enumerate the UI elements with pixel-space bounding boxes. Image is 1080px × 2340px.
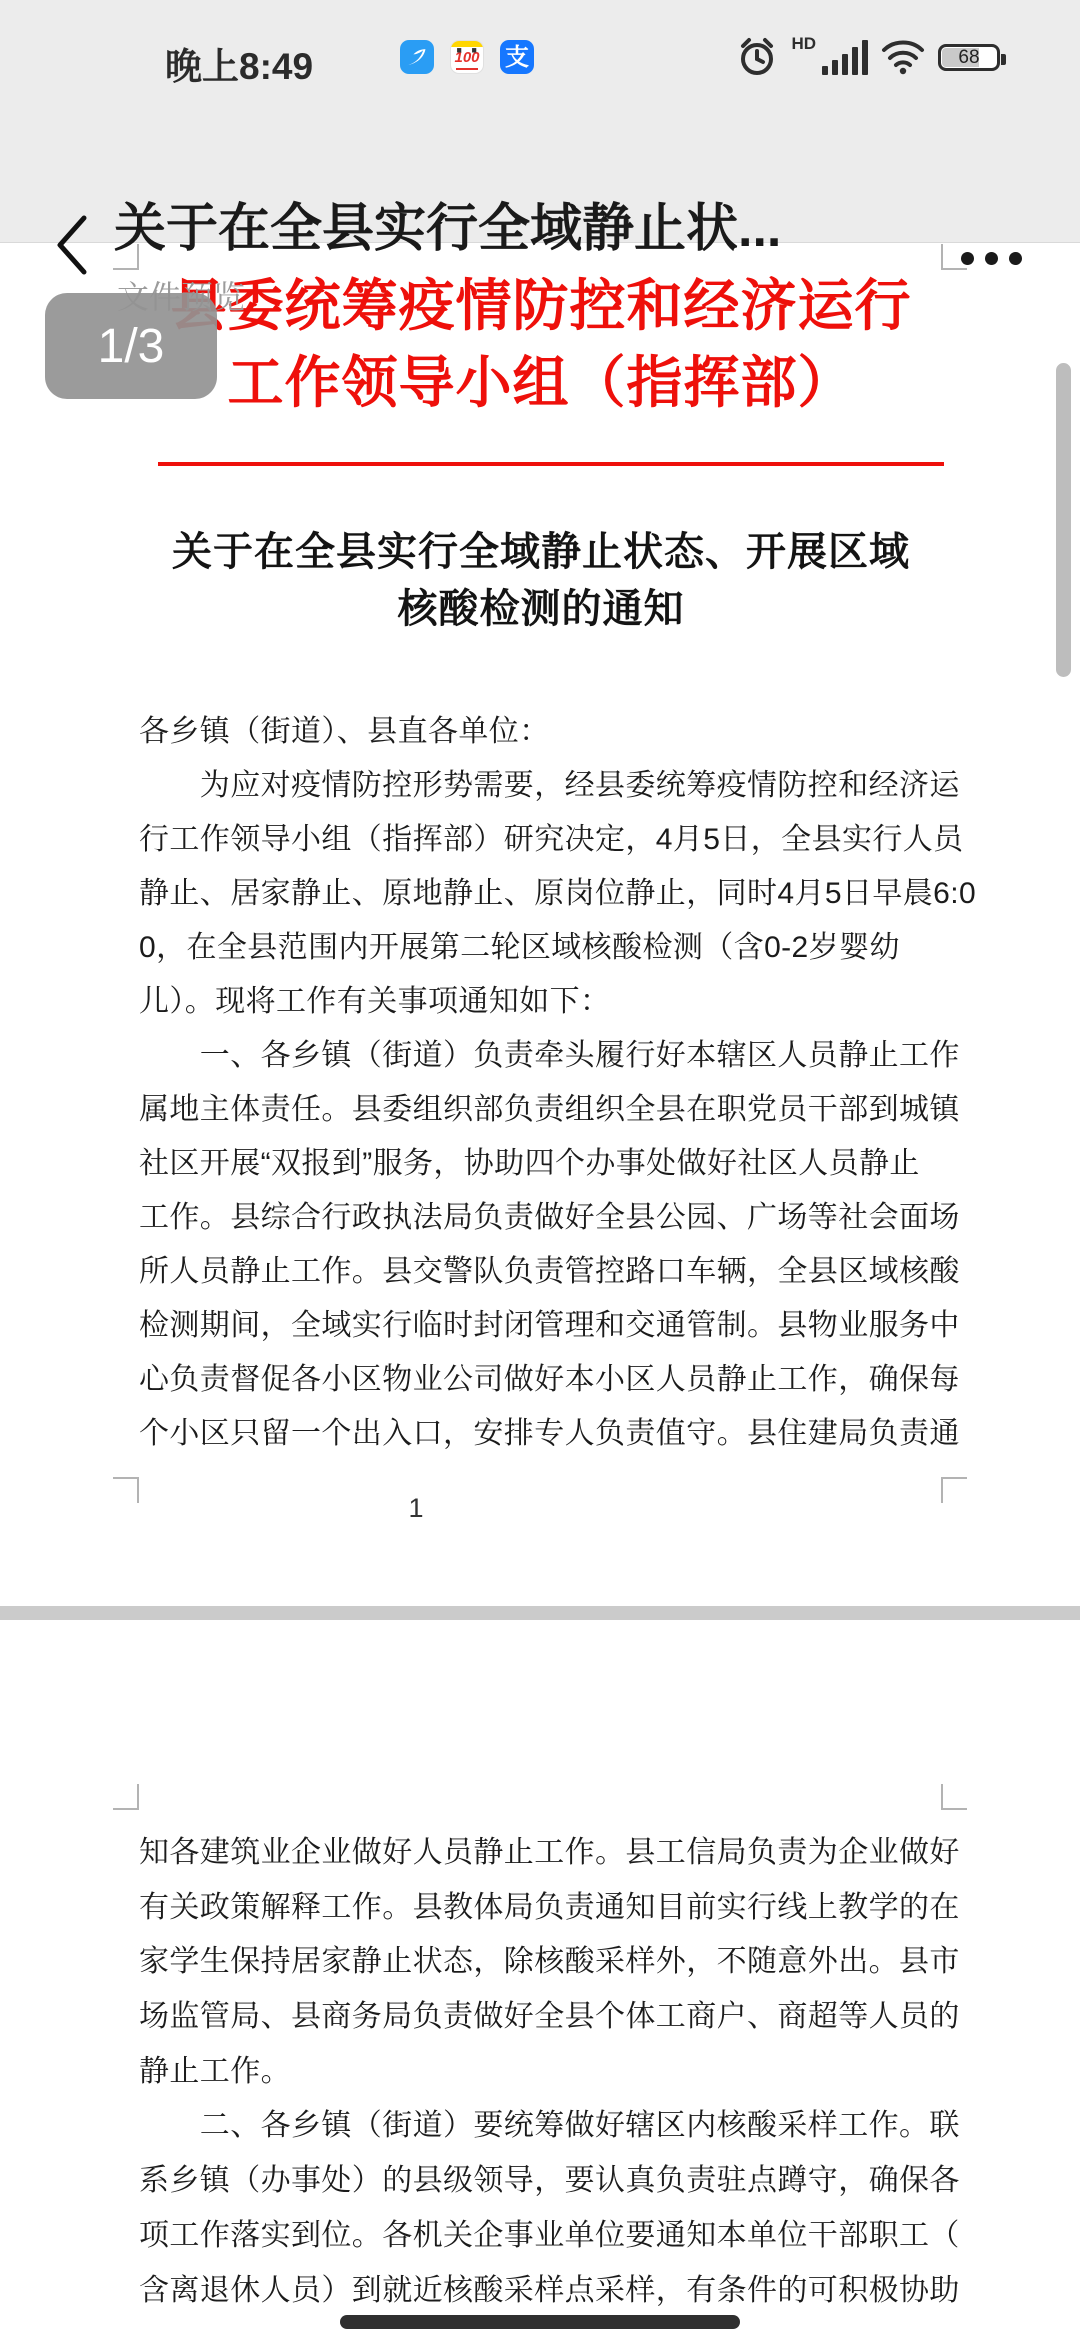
page1-number: 1 (398, 1493, 434, 1524)
home-gesture-bar[interactable] (340, 2315, 740, 2329)
doc-text-line: 为应对疫情防控形势需要，经县委统筹疫情防控和经济运 (139, 759, 949, 813)
doc-text-line: 静止、居家静止、原地静止、原岗位静止，同时4月5日早晨6:0 (139, 867, 949, 921)
battery-percent: 68 (941, 47, 997, 68)
doc-text-line: 一、各乡镇（街道）负责牵头履行好本辖区人员静止工作 (139, 1029, 949, 1083)
menu-dot (961, 252, 974, 265)
doc-text-line: 知各建筑业企业做好人员静止工作。县工信局负责为企业做好 (139, 1826, 949, 1881)
document-page-2[interactable]: 知各建筑业企业做好人员静止工作。县工信局负责为企业做好有关政策解释工作。县教体局… (0, 1620, 1080, 2340)
back-button[interactable] (50, 212, 98, 278)
doc-text-line: 0，在全县范围内开展第二轮区域核酸检测（含0-2岁婴幼 (139, 921, 949, 975)
alarm-icon (735, 34, 779, 80)
doc-text-line: 儿）。现将工作有关事项通知如下： (139, 975, 949, 1029)
doc-text-line: 系乡镇（办事处）的县级领导，要认真负责驻点蹲守，确保各 (139, 2154, 949, 2209)
crop-mark-bottom-right (941, 1477, 967, 1503)
menu-dot (1009, 252, 1022, 265)
doc-text-line: 检测期间，全域实行临时封闭管理和交通管制。县物业服务中 (139, 1299, 949, 1353)
battery-cap (1001, 54, 1006, 65)
file-preview-screen: 晚上8:49 100 支 ·· (0, 0, 1080, 2340)
doc-text-line: 静止工作。 (139, 2045, 949, 2100)
more-notifications-indicator: ·· (455, 34, 485, 68)
doc-text-line: 场监管局、县商务局负责做好全县个体工商户、商超等人员的 (139, 1990, 949, 2045)
menu-dot (985, 252, 998, 265)
doc-text-line: 家学生保持居家静止状态，除核酸采样外，不随意外出。县市 (139, 1935, 949, 1990)
doc-text-line: 有关政策解释工作。县教体局负责通知目前实行线上教学的在 (139, 1881, 949, 1936)
letterhead-line: 县委统筹疫情防控和经济运行 (137, 267, 945, 344)
document-page-1[interactable]: 县委统筹疫情防控和经济运行工作领导小组（指挥部） 关于在全县实行全域静止状态、开… (0, 243, 1080, 1606)
doc-text-line: 项工作落实到位。各机关企事业单位要通知本单位干部职工（ (139, 2209, 949, 2264)
scrollbar-thumb[interactable] (1056, 363, 1071, 677)
wing-glyph (403, 44, 431, 71)
signal-bar (852, 47, 858, 75)
signal-bar (862, 40, 868, 75)
signal-bar (832, 60, 838, 75)
doc-text-line: 行工作领导小组（指挥部）研究决定，4月5日，全县实行人员 (139, 813, 949, 867)
cell-signal-icon (822, 39, 868, 75)
crop-mark-bottom-left (113, 1477, 139, 1503)
document-title: 关于在全县实行全域静止状态、开展区域核酸检测的通知 (137, 524, 945, 638)
doc-text-line: 个小区只留一个出入口，安排专人负责值守。县住建局负责通 (139, 1407, 949, 1461)
wing-app-notification-icon (400, 40, 434, 74)
page1-body-text: 各乡镇（街道）、县直各单位： 为应对疫情防控形势需要，经县委统筹疫情防控和经济运… (139, 705, 949, 1461)
signal-bar (822, 66, 828, 75)
page-indicator-badge: 1/3 (45, 293, 217, 399)
page-indicator-label: 1/3 (98, 319, 165, 374)
top-bar: 晚上8:49 100 支 ·· (0, 0, 1080, 243)
doc-text-line: 社区开展“双报到”服务，协助四个办事处做好社区人员静止 (139, 1137, 949, 1191)
letterhead-rule (158, 462, 944, 466)
page2-body-text: 知各建筑业企业做好人员静止工作。县工信局负责为企业做好有关政策解释工作。县教体局… (139, 1826, 949, 2318)
alipay-app-notification-icon: 支 (500, 40, 534, 74)
wifi-icon (880, 38, 926, 76)
document-title-line: 关于在全县实行全域静止状态、开展区域 (137, 524, 945, 581)
nav-title: 关于在全县实行全域静止状... (114, 186, 894, 261)
hd-volte-label: HD (791, 34, 816, 54)
doc-text-line: 所人员静止工作。县交警队负责管控路口车辆，全县区域核酸 (139, 1245, 949, 1299)
battery-icon: 68 (938, 44, 1000, 71)
doc-text-line: 含离退休人员）到就近核酸采样点采样，有条件的可积极协助 (139, 2264, 949, 2319)
alipay-glyph: 支 (500, 42, 534, 74)
letterhead-heading: 县委统筹疫情防控和经济运行工作领导小组（指挥部） (137, 267, 945, 421)
letterhead-line: 工作领导小组（指挥部） (137, 344, 945, 421)
more-menu-button[interactable] (961, 252, 1022, 265)
doc-text-line: 二、各乡镇（街道）要统筹做好辖区内核酸采样工作。联 (139, 2099, 949, 2154)
status-bar: 晚上8:49 100 支 ·· (0, 28, 1080, 86)
doc-text-line: 工作。县综合行政执法局负责做好全县公园、广场等社会面场 (139, 1191, 949, 1245)
document-title-line: 核酸检测的通知 (137, 581, 945, 638)
crop-mark-top-right (941, 1784, 967, 1810)
crop-mark-top-left (113, 1784, 139, 1810)
doc-text-line: 各乡镇（街道）、县直各单位： (139, 705, 949, 759)
doc-text-line: 属地主体责任。县委组织部负责组织全县在职党员干部到城镇 (139, 1083, 949, 1137)
signal-bar (842, 54, 848, 75)
doc-text-line: 心负责督促各小区物业公司做好本小区人员静止工作，确保每 (139, 1353, 949, 1407)
hundred-underline (456, 68, 478, 70)
page-separator (0, 1606, 1080, 1620)
clock-time: 晚上8:49 (165, 36, 313, 90)
nav-bar: 关于在全县实行全域静止状... 文件预览 (0, 86, 1080, 243)
status-right-cluster: HD 68 (735, 34, 1000, 80)
